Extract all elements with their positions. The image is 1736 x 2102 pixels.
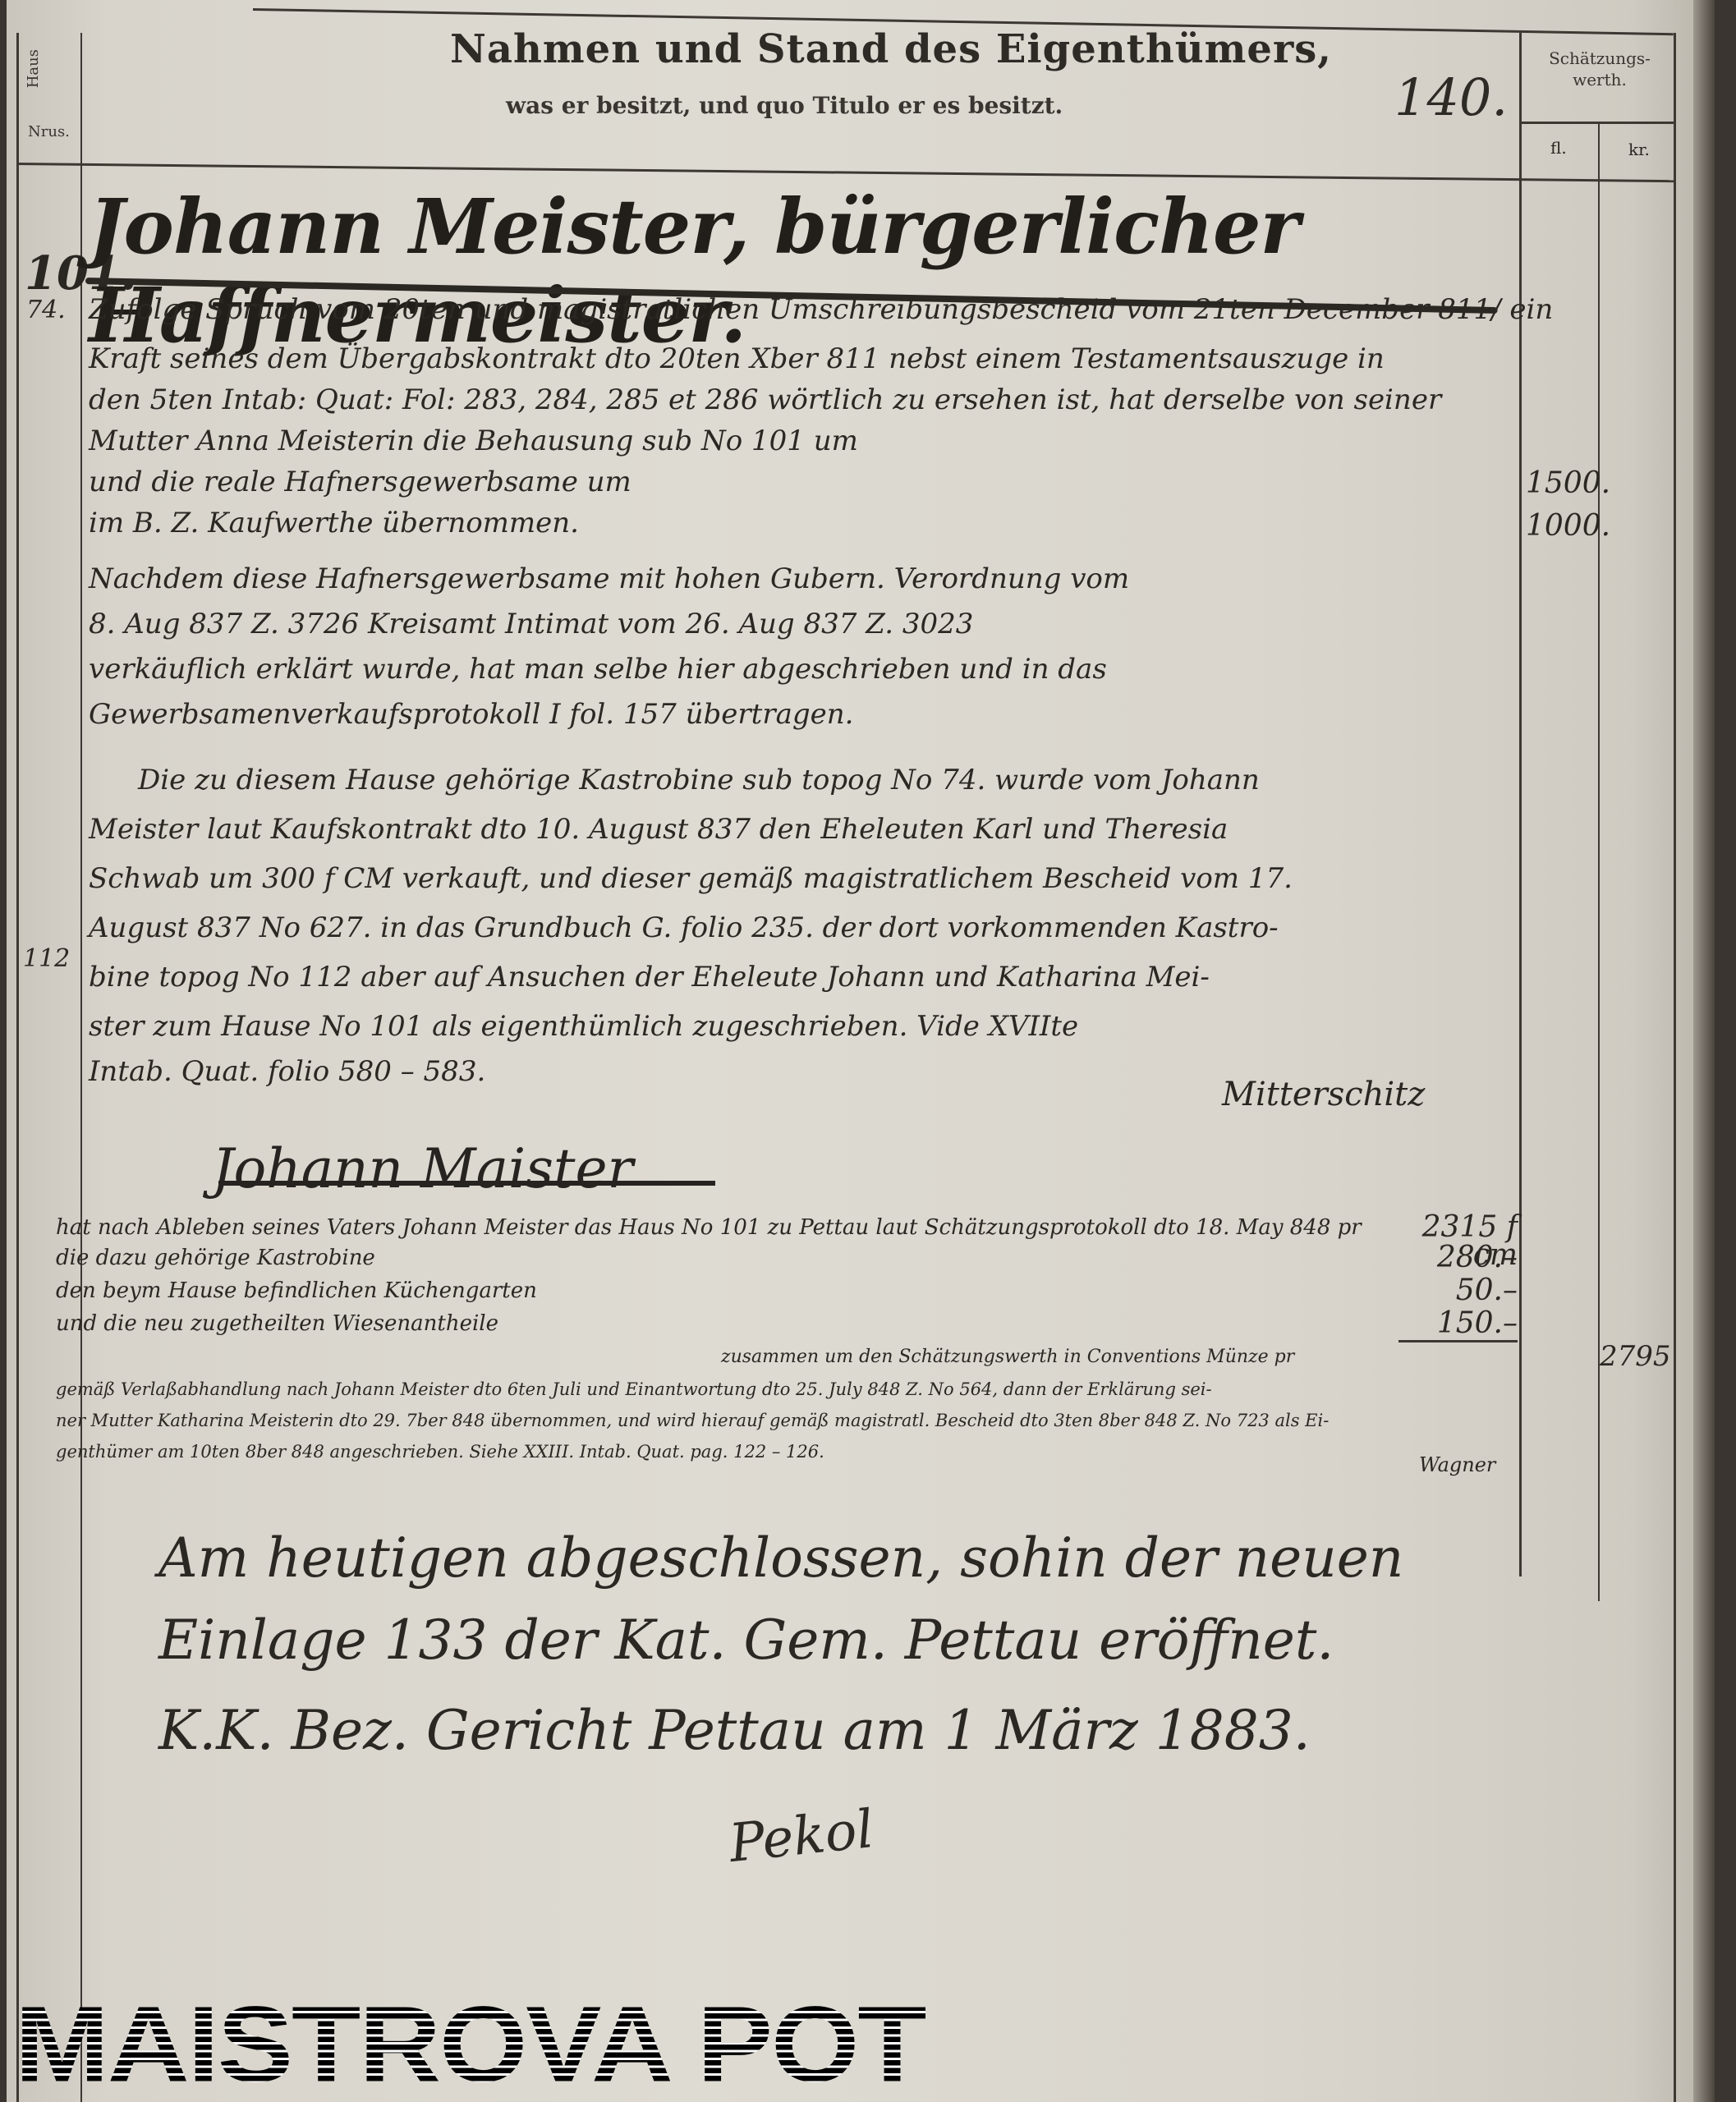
entry1-paragraph1-line4: Mutter Anna Meisterin die Behausung sub … <box>89 420 858 461</box>
entry1-paragraph1-line6: im B. Z. Kaufwerthe übernommen. <box>89 503 579 544</box>
entry2-amount3: 50.– <box>1403 1277 1518 1305</box>
value-column-label: Schätzungs-werth. <box>1526 48 1674 90</box>
header-title: Nahmen und Stand des Eigenthümers, <box>450 26 1332 72</box>
entry1-paragraph1-line5: und die reale Hafnersgewerbsame um <box>89 461 631 503</box>
closing-line3: K.K. Bez. Gericht Pettau am 1 März 1883. <box>158 1691 1311 1770</box>
entry2-amount4: 150.– <box>1403 1310 1518 1338</box>
frame-left-inner <box>80 33 82 2102</box>
amount-house: 1500. <box>1526 466 1596 500</box>
entry1-paragraph2-line4: Gewerbsamenverkaufsprotokoll I fol. 157 … <box>89 694 853 735</box>
entry1-signature: Mitterschitz <box>1222 1076 1425 1113</box>
entry1-paragraph1-line1: Zufolge Spruch vom 20ten und magistratli… <box>89 289 1553 330</box>
entry2-paragraph-line2: ner Mutter Katharina Meisterin dto 29. 7… <box>56 1411 1329 1430</box>
entry1-paragraph1-line2: Kraft seines dem Übergabskontrakt dto 20… <box>89 338 1385 379</box>
entry1-paragraph3-line3: Schwab um 300 f CM verkauft, und dieser … <box>89 858 1293 899</box>
entry1-paragraph3-line7: Intab. Quat. folio 580 – 583. <box>89 1051 485 1092</box>
header-bottom-rule <box>16 163 1675 182</box>
entry2-amount2: 280.– <box>1403 1244 1518 1272</box>
closing-line2: Einlage 133 der Kat. Gem. Pettau eröffne… <box>158 1601 1334 1680</box>
entry2-sum-rule <box>1398 1340 1518 1342</box>
entry2-paragraph-line1: gemäß Verlaßabhandlung nach Johann Meist… <box>56 1379 1212 1399</box>
entry2-total: 2795 <box>1600 1340 1670 1373</box>
folio-number: 140. <box>1394 67 1508 127</box>
house-column-label-nrus: Nrus. <box>28 123 70 140</box>
house-column-label: Haus <box>25 49 42 88</box>
value-header-rule <box>1519 122 1674 124</box>
closing-line1: Am heutigen abgeschlossen, sohin der neu… <box>158 1519 1403 1598</box>
value-column-kreuzer: kr. <box>1628 140 1650 159</box>
entry1-paragraph3-line2: Meister laut Kaufskontrakt dto 10. Augus… <box>89 809 1228 850</box>
entry2-owner-name: Johann Maister <box>212 1137 633 1200</box>
frame-left-outer <box>16 33 19 2102</box>
entry2-convention-note: zusammen um den Schätzungswerth in Conve… <box>721 1347 1294 1367</box>
entry2-owner-underline <box>218 1181 715 1186</box>
entry2-signature: Wagner <box>1419 1453 1495 1476</box>
entry1-paragraph2-line3: verkäuflich erklärt wurde, hat man selbe… <box>89 649 1107 690</box>
entry1-paragraph3-line5: bine topog No 112 aber auf Ansuchen der … <box>89 957 1210 998</box>
entry1-paragraph3-line4: August 837 No 627. in das Grundbuch G. f… <box>89 907 1279 948</box>
header-subtitle: was er besitzt, und quo Titulo er es bes… <box>506 92 1063 119</box>
margin-ref-74: 74. <box>26 296 66 324</box>
watermark-title: MAISTROVA POT <box>15 1998 925 2091</box>
value-column-florin: fl. <box>1550 138 1567 158</box>
amount-trade: 1000. <box>1526 509 1596 543</box>
entry1-paragraph1-line3: den 5ten Intab: Quat: Fol: 283, 284, 285… <box>89 379 1441 420</box>
entry2-paragraph-line3: genthümer am 10ten 8ber 848 angeschriebe… <box>56 1442 824 1462</box>
closing-signature: Pekol <box>727 1799 877 1875</box>
margin-ref-112: 112 <box>23 944 70 973</box>
entry2-line2: die dazu gehörige Kastrobine <box>56 1244 375 1272</box>
entry2-line4: und die neu zugetheilten Wiesenantheile <box>56 1310 498 1338</box>
owner-title: Johann Meister, bürgerlicher Haffnermeis… <box>89 182 1715 360</box>
entry2-line1: hat nach Ableben seines Vaters Johann Me… <box>56 1214 1362 1241</box>
entry1-paragraph2-line1: Nachdem diese Hafnersgewerbsame mit hohe… <box>89 558 1129 599</box>
ledger-page: Haus Nrus. Nahmen und Stand des Eigenthü… <box>7 0 1715 2102</box>
entry1-paragraph3-line6: ster zum Hause No 101 als eigenthümlich … <box>89 1006 1078 1047</box>
entry1-paragraph3-line1: Die zu diesem Hause gehörige Kastrobine … <box>138 760 1260 801</box>
entry2-line3: den beym Hause befindlichen Küchengarten <box>56 1277 537 1305</box>
entry1-paragraph2-line2: 8. Aug 837 Z. 3726 Kreisamt Intimat vom … <box>89 604 973 645</box>
